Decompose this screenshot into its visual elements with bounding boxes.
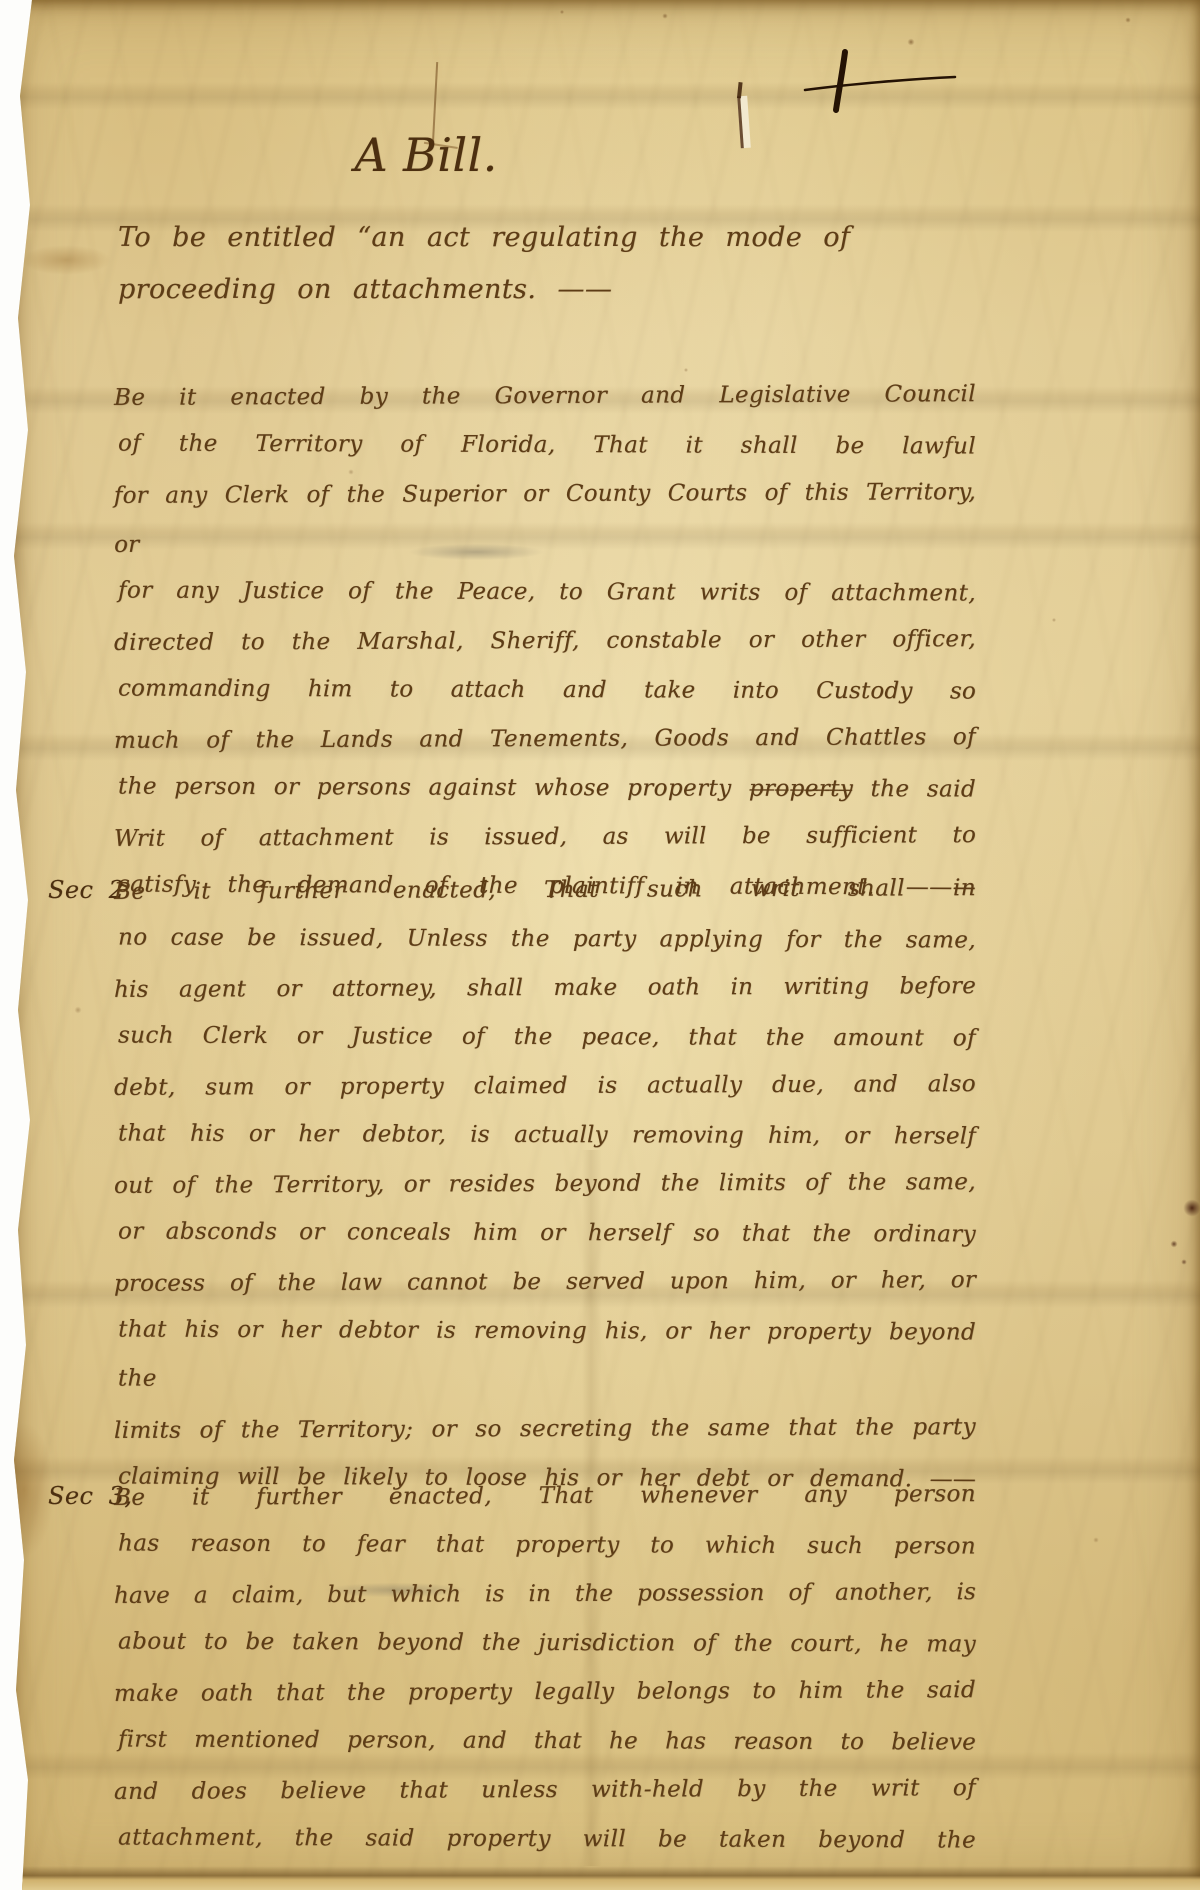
manuscript-line: and does believe that unless with-held b… bbox=[114, 1764, 976, 1817]
manuscript-line: his agent or attorney, shall make oath i… bbox=[114, 962, 976, 1015]
page-number-stroke bbox=[801, 46, 961, 118]
manuscript-line: attachment, the said property will be ta… bbox=[118, 1814, 976, 1866]
manuscript-line: directed to the Marshal, Sheriff, consta… bbox=[114, 615, 976, 668]
scanned-document: A Bill. To be entitled “an act regulatin… bbox=[0, 0, 1200, 1890]
subtitle-line: To be entitled “an act regulating the mo… bbox=[118, 212, 818, 264]
manuscript-line: about to be taken beyond the jurisdictio… bbox=[118, 1618, 976, 1670]
manuscript-line: Writ of attachment is issued, as will be… bbox=[114, 811, 976, 864]
fold-crease bbox=[6, 82, 1200, 110]
manuscript-line: for any Clerk of the Superior or County … bbox=[114, 468, 976, 570]
manuscript-line: commanding him to attach and take into C… bbox=[118, 665, 976, 717]
manuscript-line: Be it further enacted, That whenever any… bbox=[114, 1470, 976, 1523]
manuscript-line: first mentioned person, and that he has … bbox=[118, 1716, 976, 1768]
manuscript-line: or absconds or conceals him or herself s… bbox=[118, 1208, 976, 1260]
manuscript-line: make oath that the property legally belo… bbox=[114, 1666, 976, 1719]
document-subtitle: To be entitled “an act regulating the mo… bbox=[118, 212, 818, 316]
manuscript-line: Be it enacted by the Governor and Legisl… bbox=[114, 370, 976, 423]
manuscript-line: have a claim, but which is in the posses… bbox=[114, 1568, 976, 1621]
manuscript-line: has reason to fear that property to whic… bbox=[118, 1520, 976, 1572]
manuscript-line: limits of the Territory; or so secreting… bbox=[114, 1403, 976, 1456]
manuscript-line: no case be issued, Unless the party appl… bbox=[118, 914, 976, 966]
section-2: Sec 2 Be it further enacted, That such w… bbox=[114, 866, 976, 1503]
section-3: Sec 3, Be it further enacted, That whene… bbox=[114, 1472, 976, 1864]
manuscript-page: A Bill. To be entitled “an act regulatin… bbox=[6, 0, 1200, 1890]
manuscript-line: that his or her debtor is removing his, … bbox=[118, 1306, 976, 1407]
section-3-lines: Be it further enacted, That whenever any… bbox=[114, 1472, 976, 1864]
manuscript-line: that his or her debtor, is actually remo… bbox=[118, 1110, 976, 1162]
document-title: A Bill. bbox=[256, 128, 596, 182]
manuscript-line: the person or persons against whose prop… bbox=[118, 763, 976, 815]
manuscript-line: process of the law cannot be served upon… bbox=[114, 1256, 976, 1309]
section-1-lines: Be it enacted by the Governor and Legisl… bbox=[114, 372, 976, 911]
manuscript-line: for any Justice of the Peace, to Grant w… bbox=[118, 567, 976, 619]
paper-tear bbox=[737, 96, 751, 149]
manuscript-line: such Clerk or Justice of the peace, that… bbox=[118, 1012, 976, 1064]
manuscript-line: Be it further enacted, That such writ sh… bbox=[114, 864, 976, 917]
manuscript-line: of the Territory of Florida, That it sha… bbox=[118, 420, 976, 472]
manuscript-line: out of the Territory, or resides beyond … bbox=[114, 1158, 976, 1211]
page-number-mark bbox=[801, 46, 961, 118]
manuscript-line: debt, sum or property claimed is actuall… bbox=[114, 1060, 976, 1113]
section-1: Be it enacted by the Governor and Legisl… bbox=[114, 372, 976, 911]
section-2-lines: Be it further enacted, That such writ sh… bbox=[114, 866, 976, 1503]
section-label: Sec 2 bbox=[48, 866, 124, 915]
page-bottom-edge bbox=[6, 1866, 1200, 1890]
subtitle-line: proceeding on attachments. —— bbox=[118, 264, 818, 316]
manuscript-line: much of the Lands and Tenements, Goods a… bbox=[114, 713, 976, 766]
